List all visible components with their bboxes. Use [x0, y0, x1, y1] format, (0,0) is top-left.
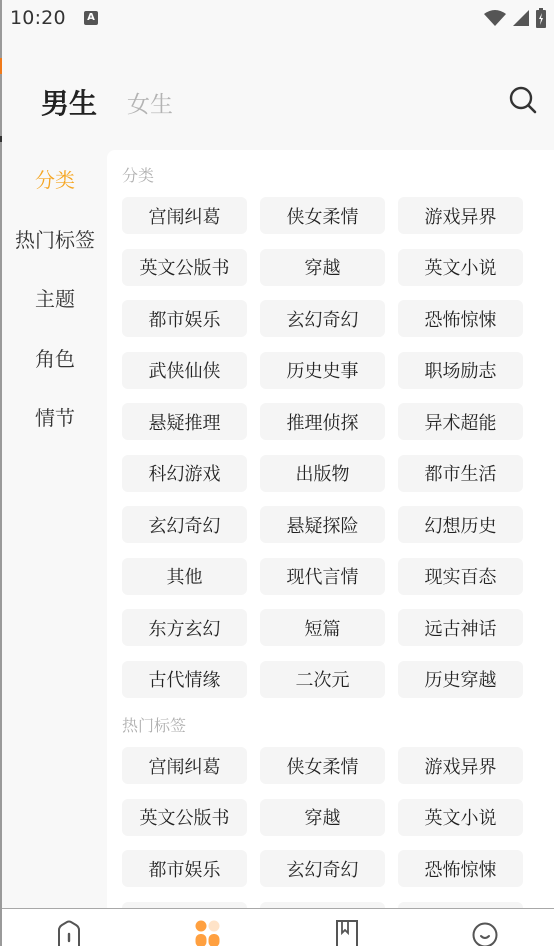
tag-chip[interactable]: 恐怖惊悚 [398, 850, 523, 887]
section-title-hot-tags: 热门标签 [122, 713, 186, 736]
tag-chip[interactable]: 职场励志 [398, 352, 523, 389]
tag-chip[interactable]: 侠女柔情 [260, 747, 385, 784]
tag-chip[interactable]: 二次元 [260, 661, 385, 698]
tag-content-panel: 分类 宫闱纠葛 侠女柔情 游戏异界 英文公版书 穿越 英文小说 都市娱乐 玄幻奇… [107, 150, 554, 910]
tag-chip[interactable]: 都市娱乐 [122, 850, 247, 887]
search-icon[interactable] [508, 85, 538, 115]
tag-chip[interactable]: 都市生活 [398, 455, 523, 492]
tag-chip[interactable]: 英文公版书 [122, 249, 247, 286]
sidebar-item-theme[interactable]: 主题 [0, 283, 110, 312]
tag-chip[interactable]: 异术超能 [398, 403, 523, 440]
tag-chip[interactable]: 短篇 [260, 609, 385, 646]
tag-chip[interactable]: 悬疑推理 [122, 403, 247, 440]
tag-chip[interactable]: 出版物 [260, 455, 385, 492]
nav-bookshelf[interactable] [327, 919, 367, 946]
tag-chip[interactable]: 游戏异界 [398, 197, 523, 234]
tag-chip[interactable]: 都市娱乐 [122, 300, 247, 337]
nav-home[interactable] [49, 919, 89, 946]
tag-chip[interactable]: 穿越 [260, 799, 385, 836]
tag-chip[interactable]: 英文小说 [398, 799, 523, 836]
tag-chip[interactable]: 恐怖惊悚 [398, 300, 523, 337]
window-edge-accent [0, 58, 2, 74]
nav-profile[interactable] [465, 919, 505, 946]
status-icons [484, 8, 546, 28]
bottom-nav [0, 908, 554, 946]
wifi-icon [484, 9, 506, 27]
tag-chip[interactable]: 现实百态 [398, 558, 523, 595]
tag-chip[interactable]: 古代情缘 [122, 661, 247, 698]
tag-chip[interactable]: 宫闱纠葛 [122, 197, 247, 234]
tag-chip[interactable]: 玄幻奇幻 [122, 506, 247, 543]
tab-female[interactable]: 女生 [127, 86, 173, 119]
nav-category[interactable] [188, 919, 228, 946]
tag-chip[interactable]: 侠女柔情 [260, 197, 385, 234]
tag-chip[interactable]: 玄幻奇幻 [260, 850, 385, 887]
tag-chip[interactable]: 穿越 [260, 249, 385, 286]
status-bar: 10:20 A [0, 0, 554, 40]
window-edge-mark [0, 136, 2, 142]
notification-a-icon: A [84, 11, 98, 25]
category-icon [194, 919, 222, 946]
tag-chip[interactable]: 推理侦探 [260, 403, 385, 440]
battery-charging-icon [536, 8, 546, 28]
tag-chip[interactable]: 英文小说 [398, 249, 523, 286]
tag-chip[interactable]: 远古神话 [398, 609, 523, 646]
tag-chip[interactable]: 悬疑探险 [260, 506, 385, 543]
tag-chip[interactable]: 东方玄幻 [122, 609, 247, 646]
sidebar-item-category[interactable]: 分类 [0, 164, 110, 193]
sidebar-item-plot[interactable]: 情节 [0, 402, 110, 431]
tag-chip[interactable]: 游戏异界 [398, 747, 523, 784]
tag-chip[interactable]: 宫闱纠葛 [122, 747, 247, 784]
tag-chip[interactable]: 英文公版书 [122, 799, 247, 836]
tag-chip[interactable]: 现代言情 [260, 558, 385, 595]
bookshelf-icon [333, 919, 361, 946]
signal-icon [512, 9, 530, 27]
header: 男生 女生 [0, 60, 554, 140]
tag-chip[interactable]: 历史史事 [260, 352, 385, 389]
category-chip-grid: 宫闱纠葛 侠女柔情 游戏异界 英文公版书 穿越 英文小说 都市娱乐 玄幻奇幻 恐… [122, 197, 542, 698]
tag-chip[interactable]: 科幻游戏 [122, 455, 247, 492]
hot-tags-chip-grid: 宫闱纠葛 侠女柔情 游戏异界 英文公版书 穿越 英文小说 都市娱乐 玄幻奇幻 恐… [122, 747, 542, 910]
tag-chip[interactable]: 历史穿越 [398, 661, 523, 698]
section-title-category: 分类 [122, 163, 154, 186]
tag-chip[interactable]: 其他 [122, 558, 247, 595]
sidebar-item-role[interactable]: 角色 [0, 343, 110, 372]
home-icon [55, 919, 83, 946]
tag-chip[interactable]: 幻想历史 [398, 506, 523, 543]
sidebar-item-hot-tags[interactable]: 热门标签 [0, 224, 110, 253]
tag-chip[interactable]: 玄幻奇幻 [260, 300, 385, 337]
tag-chip[interactable]: 武侠仙侠 [122, 352, 247, 389]
profile-icon [471, 919, 499, 946]
tab-male[interactable]: 男生 [41, 82, 97, 122]
status-time: 10:20 [10, 7, 66, 29]
